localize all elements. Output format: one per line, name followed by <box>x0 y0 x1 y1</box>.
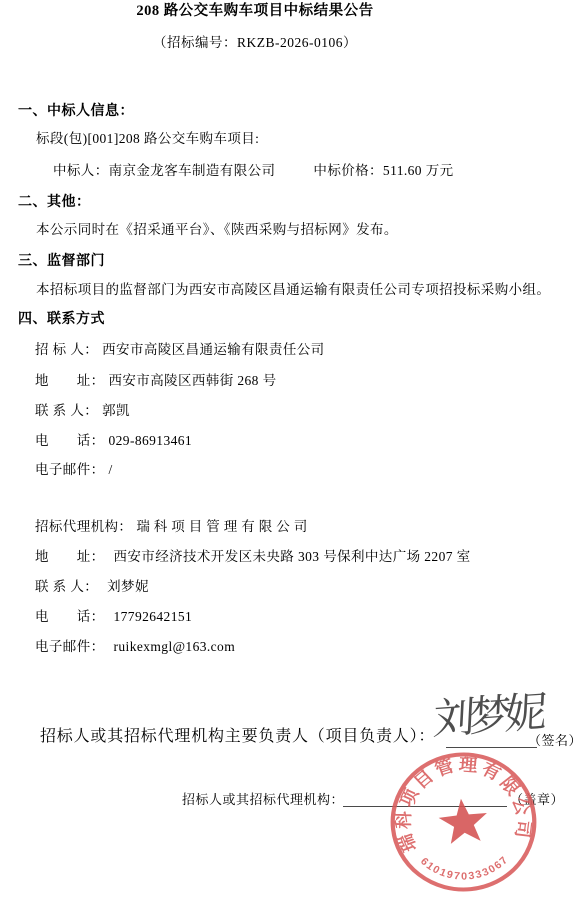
tenderer-phone-label: 电 话： <box>35 433 105 448</box>
org-signoff-label: 招标人或其招标代理机构： <box>182 792 344 808</box>
agency-email-label: 电子邮件： <box>35 639 105 654</box>
winner-value: 南京金龙客车制造有限公司 <box>109 163 276 178</box>
section-1-heading: 一、中标人信息： <box>18 102 134 118</box>
tenderer-phone-value: 029-86913461 <box>109 433 193 448</box>
tenderer-row: 地 址：西安市高陵区西韩街 268 号 <box>35 373 277 389</box>
publish-platforms-line: 本公示同时在《招采通平台》、《陕西采购与招标网》发布。 <box>36 222 398 238</box>
tenderer-email-label: 电子邮件： <box>35 462 105 477</box>
agency-address-value: 西安市经济技术开发区未央路 303 号保利中达广场 2207 室 <box>114 549 471 564</box>
tenderer-row: 电子邮件：/ <box>35 462 113 478</box>
tender-number-subtitle: （招标编号：RKZB-2026-0106） <box>0 35 510 51</box>
price-label: 中标价格： <box>313 163 383 178</box>
tenderer-address-value: 西安市高陵区西韩街 268 号 <box>109 373 277 388</box>
tenderer-row: 联 系 人：郭凯 <box>35 403 130 419</box>
agency-email-value: ruikexmgl@163.com <box>114 639 236 654</box>
star-icon <box>437 796 490 845</box>
lot-line: 标段(包)[001]208 路公交车购车项目: <box>36 131 259 147</box>
tenderer-row: 招 标 人：西安市高陵区昌通运输有限责任公司 <box>35 342 325 358</box>
tenderer-name-label: 招 标 人： <box>35 342 98 357</box>
winner-label: 中标人： <box>53 163 109 178</box>
announcement-document: 208 路公交车购车项目中标结果公告 （招标编号：RKZB-2026-0106）… <box>0 0 575 903</box>
agency-phone-label: 电 话： <box>35 609 105 624</box>
agency-name-value: 瑞科项目管理有限公司 <box>136 519 311 534</box>
winner-line: 中标人：南京金龙客车制造有限公司中标价格：511.60 万元 <box>53 163 454 179</box>
agency-contact-label: 联 系 人： <box>35 579 98 594</box>
section-2-heading: 二、其他： <box>18 193 91 209</box>
section-3-heading: 三、监督部门 <box>18 252 105 268</box>
page-title: 208 路公交车购车项目中标结果公告 <box>0 3 510 19</box>
tenderer-contact-value: 郭凯 <box>102 403 130 418</box>
tenderer-email-value: / <box>109 462 113 477</box>
agency-name-label: 招标代理机构： <box>35 519 132 534</box>
company-seal: 瑞科项目管理有限公司 6101970333067 <box>388 750 539 894</box>
agency-contact-value: 刘梦妮 <box>107 579 149 594</box>
tenderer-address-label: 地 址： <box>35 373 105 388</box>
tenderer-contact-label: 联 系 人： <box>35 403 98 418</box>
tenderer-row: 电 话：029-86913461 <box>35 433 192 449</box>
agency-address-label: 地 址： <box>35 549 105 564</box>
agency-row: 电 话：17792642151 <box>35 609 192 625</box>
agency-row: 地 址：西安市经济技术开发区未央路 303 号保利中达广场 2207 室 <box>35 549 471 565</box>
tenderer-name-value: 西安市高陵区昌通运输有限责任公司 <box>102 342 324 357</box>
principal-signoff-label: 招标人或其招标代理机构主要负责人（项目负责人）： <box>40 729 435 745</box>
section-4-heading: 四、联系方式 <box>18 310 105 326</box>
price-value: 511.60 万元 <box>383 163 454 178</box>
handwritten-signature: 刘梦妮 <box>432 692 542 742</box>
supervision-line: 本招标项目的监督部门为西安市高陵区昌通运输有限责任公司专项招投标采购小组。 <box>36 282 550 298</box>
agency-phone-value: 17792642151 <box>114 609 193 624</box>
agency-row: 招标代理机构：瑞科项目管理有限公司 <box>35 519 311 535</box>
agency-row: 电子邮件：ruikexmgl@163.com <box>35 639 235 655</box>
agency-row: 联 系 人：刘梦妮 <box>35 579 149 595</box>
signature-underline <box>446 747 537 748</box>
